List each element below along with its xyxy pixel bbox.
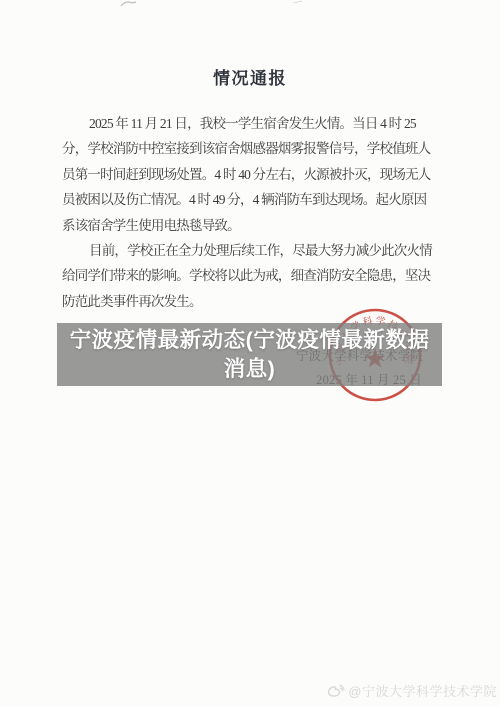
body-line: 目前，学校正在全力处理后续工作，尽最大努力减少此次火情 xyxy=(62,238,444,263)
body-line: 系该宿舍学生使用电热毯导致。 xyxy=(62,213,444,238)
scan-artifact xyxy=(120,0,138,7)
watermark: @宁波大学科学技术学院 xyxy=(327,681,497,700)
body-line: 员被困以及伤亡情况。4 时 49 分，4 辆消防车到达现场。起火原因 xyxy=(62,187,444,212)
notice-screenshot: 情况通报 2025 年 11 月 21 日，我校一学生宿舍发生火情。当日 4 时… xyxy=(0,0,500,706)
body-line: 员第一时间赶到现场处置。4 时 40 分左右，火源被扑灭，现场无人 xyxy=(62,162,444,187)
headline-line: 宁波疫情最新动态(宁波疫情最新数据 xyxy=(70,326,430,355)
body-line: 分，学校消防中控室接到该宿舍烟感器烟雾报警信号，学校值班人 xyxy=(62,136,444,161)
weibo-icon xyxy=(327,683,345,698)
watermark-handle: @宁波大学科学技术学院 xyxy=(348,681,497,700)
scan-artifact xyxy=(293,0,303,4)
body-line: 2025 年 11 月 21 日，我校一学生宿舍发生火情。当日 4 时 25 xyxy=(62,111,444,136)
headline-line: 消息) xyxy=(224,355,276,384)
headline-overlay-band: 宁波疫情最新动态(宁波疫情最新数据 消息) xyxy=(57,323,442,386)
notice-body: 2025 年 11 月 21 日，我校一学生宿舍发生火情。当日 4 时 25 分… xyxy=(62,111,444,314)
body-line: 给同学们带来的影响。学校将以此为戒，细查消防安全隐患，坚决 xyxy=(62,263,444,288)
notice-title: 情况通报 xyxy=(0,64,500,89)
